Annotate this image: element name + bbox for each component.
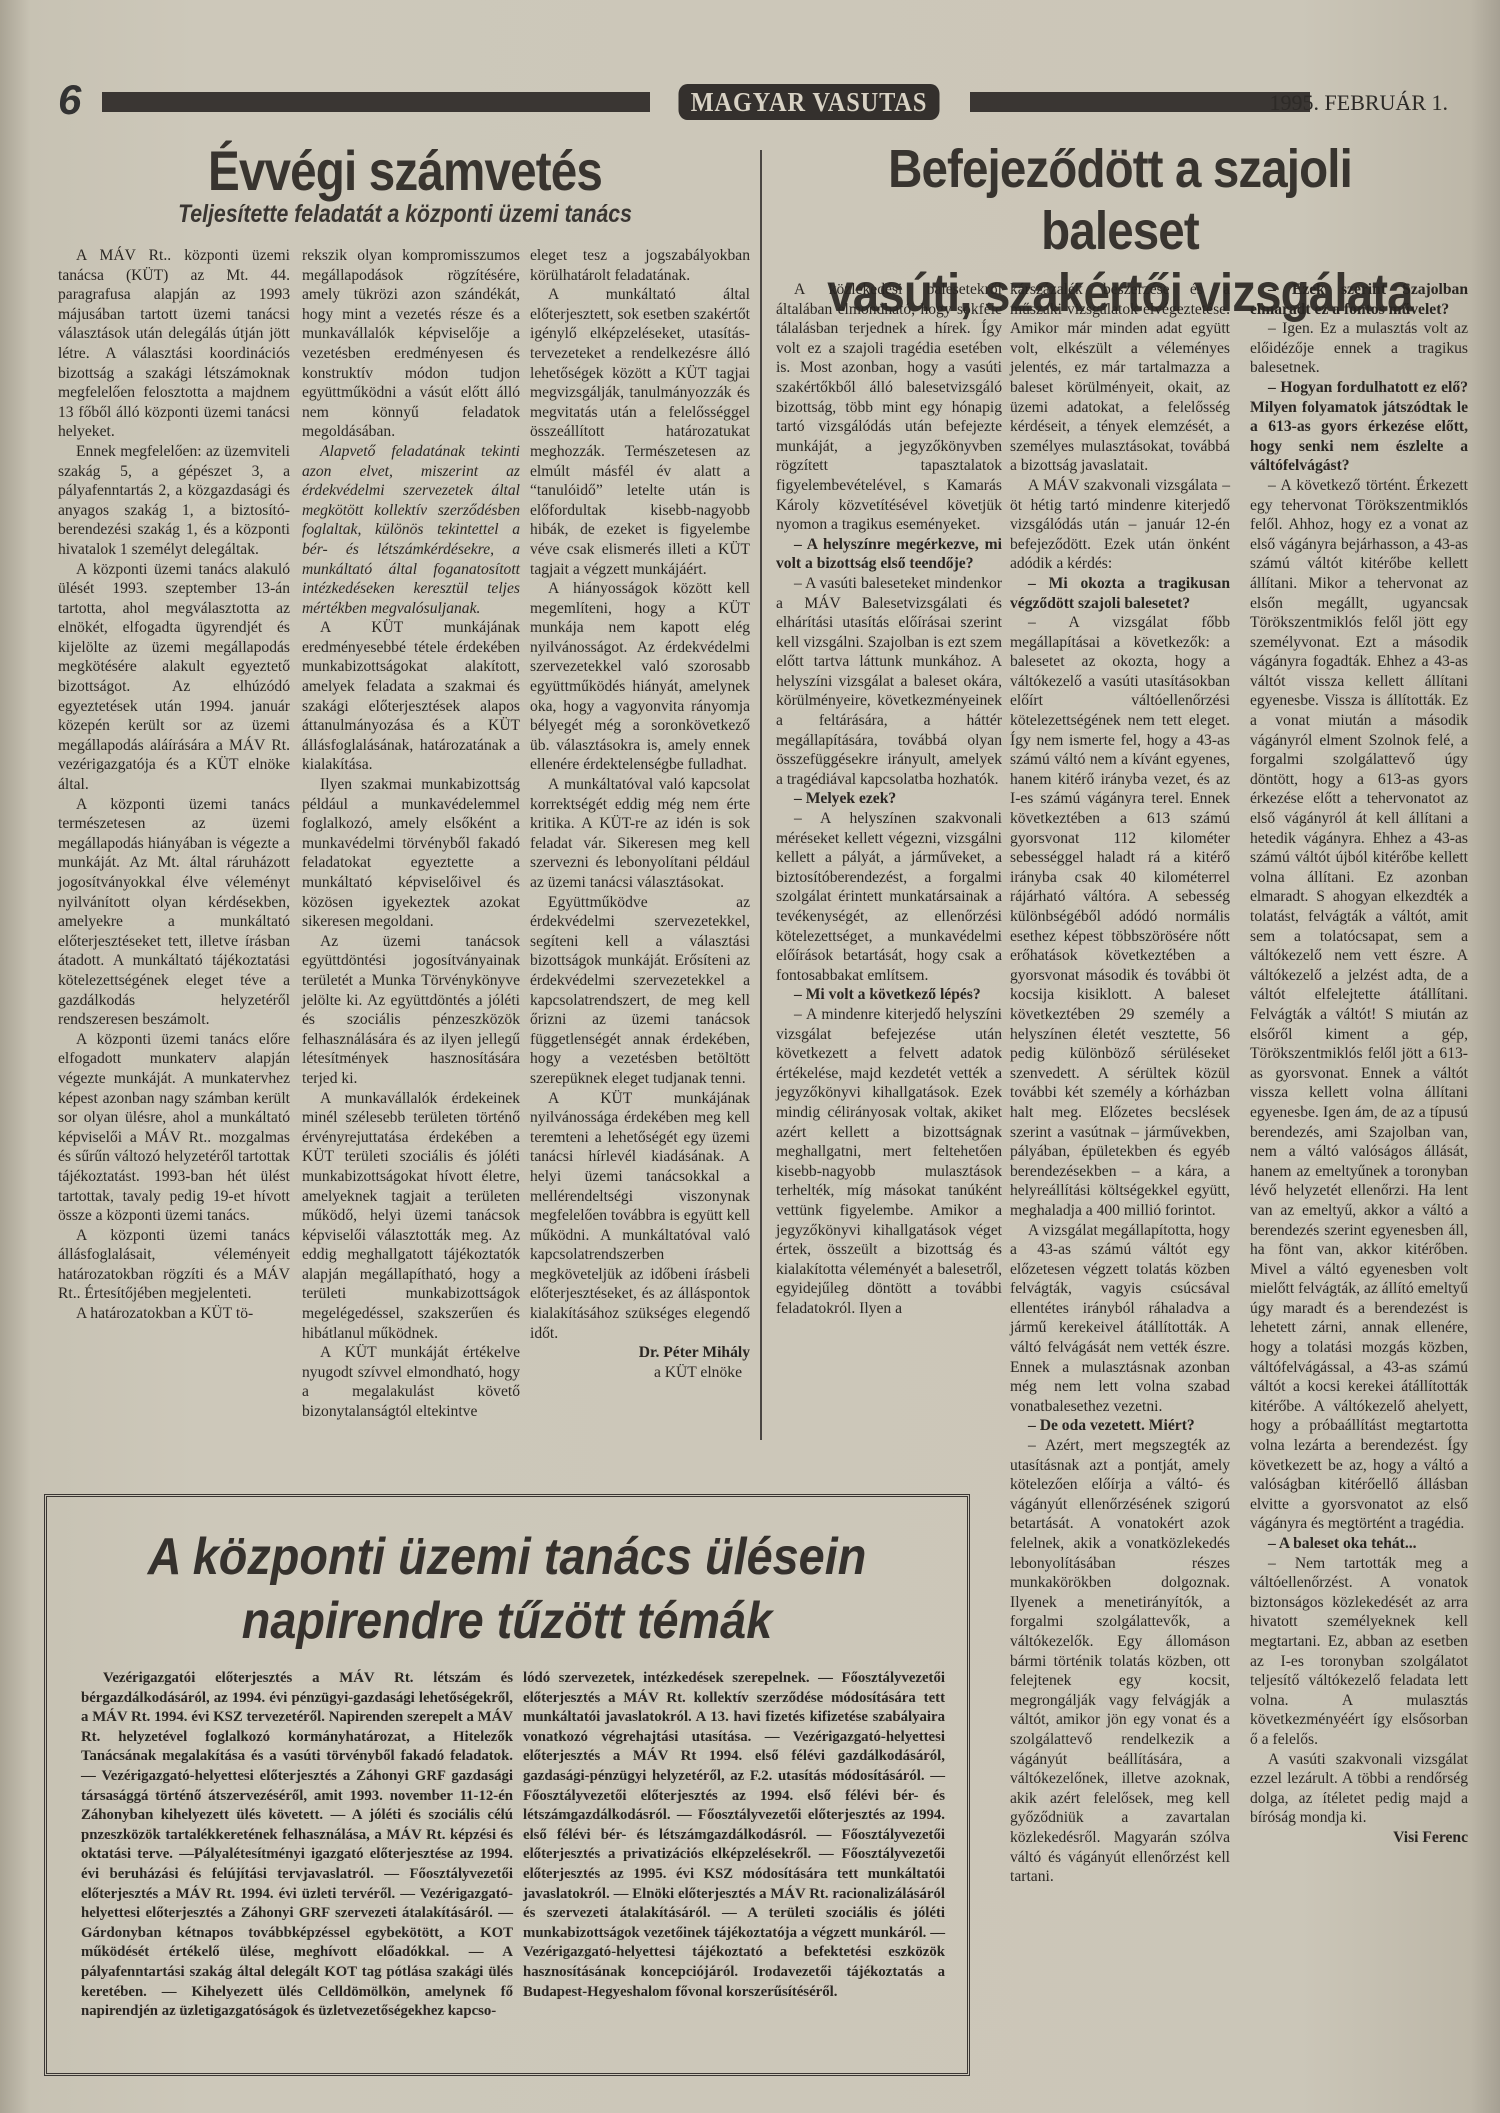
paragraph: rekszik olyan kompromisszumos megállapod…: [302, 246, 520, 442]
issue-date: 1995. FEBRUÁR 1.: [1270, 90, 1448, 116]
left-article-column-3: eleget tesz a jogszabályokban körülhatár…: [530, 246, 750, 1382]
paragraph: A központi üzemi tanács előre elfogadott…: [58, 1030, 290, 1226]
interview-question: – Mi volt a következő lépés?: [776, 985, 1002, 1005]
left-article-headline: Évvégi számvetés: [112, 138, 699, 203]
page-number: 6: [58, 76, 81, 124]
masthead: 6 MAGYAR VASUTAS 1995. FEBRUÁR 1.: [58, 84, 1448, 124]
interview-question: – De oda vezetett. Miért?: [1010, 1416, 1230, 1436]
paragraph: A KÜT munkáját értékelve nyugodt szívvel…: [302, 1343, 520, 1421]
interview-question: – Hogyan fordulhatott ez elő? Milyen fol…: [1250, 378, 1468, 476]
paragraph: Ilyen szakmai munkabizottság például a m…: [302, 775, 520, 932]
paragraph: – A vasúti baleseteket mindenkor a MÁV B…: [776, 574, 1002, 790]
interview-question: – Ezek szerint Szajolban elmaradt ez a f…: [1250, 280, 1468, 319]
paragraph: – Nem tartották meg a váltóellenőrzést. …: [1250, 1554, 1468, 1750]
paragraph: – Azért, mert megszegték az utasításnak …: [1010, 1436, 1230, 1887]
box-headline: A központi üzemi tanács ülésein napirend…: [93, 1525, 921, 1653]
paragraph: A KÜT munkájának nyilvánossága érdekében…: [530, 1089, 750, 1344]
paragraph: A munkáltatóval való kapcsolat korrektsé…: [530, 775, 750, 893]
paragraph: Ennek megfelelően: az üzemviteli szakág …: [58, 442, 290, 560]
agenda-topics-box: A központi üzemi tanács ülésein napirend…: [44, 1494, 970, 2076]
left-article-column-1: A MÁV Rt.. központi üzemi tanácsa (KÜT) …: [58, 246, 290, 1324]
interview-question: – Melyek ezek?: [776, 789, 1002, 809]
box-headline-line-1: A központi üzemi tanács ülésein: [148, 1528, 867, 1586]
right-article-column-2: kárszázalék beszerzése és a műszaki vizs…: [1010, 280, 1230, 1887]
paragraph: A vizsgálat megállapította, hogy a 43-as…: [1010, 1221, 1230, 1417]
paragraph: Az üzemi tanácsok együttdöntési jogosítv…: [302, 932, 520, 1089]
masthead-bar-right: [970, 92, 1310, 112]
paragraph: – A helyszínen szakvonali méréseket kell…: [776, 809, 1002, 985]
paragraph: A vasúti szakvonali vizsgálat ezzel lezá…: [1250, 1750, 1468, 1828]
interview-question: – Mi okozta a tragikusan végződött szajo…: [1010, 574, 1230, 613]
interview-question: – A baleset oka tehát...: [1250, 1534, 1468, 1554]
paragraph: – Igen. Ez a mulasztás volt az előidézőj…: [1250, 319, 1468, 378]
paragraph: A közlekedési balesetekről általában elm…: [776, 280, 1002, 535]
paragraph: eleget tesz a jogszabályokban körülhatár…: [530, 246, 750, 285]
paragraph: – A vizsgálat főbb megállapításai a köve…: [1010, 613, 1230, 1220]
paragraph: A MÁV szakvonali vizsgálata – öt hétig t…: [1010, 476, 1230, 574]
paragraph: A határozatokban a KÜT tö-: [58, 1304, 290, 1324]
author-name: Dr. Péter Mihály: [530, 1343, 750, 1363]
interview-question: – A helyszínre megérkezve, mi volt a biz…: [776, 535, 1002, 574]
paragraph: A hiányosságok között kell megemlíteni, …: [530, 579, 750, 775]
paragraph: A munkáltató által előterjesztett, sok e…: [530, 285, 750, 579]
left-article-column-2: rekszik olyan kompromisszumos megállapod…: [302, 246, 520, 1422]
box-column-2: lódó szervezetek, intézkedések szerepeln…: [523, 1669, 945, 2002]
paragraph: A MÁV Rt.. központi üzemi tanácsa (KÜT) …: [58, 246, 290, 442]
column-divider: [760, 150, 762, 1440]
left-article-subheadline: Teljesítette feladatát a központi üzemi …: [112, 200, 699, 229]
box-paragraph: lódó szervezetek, intézkedések szerepeln…: [523, 1669, 945, 2002]
box-column-1: Vezérigazgatói előterjesztés a MÁV Rt. l…: [81, 1669, 513, 2022]
publication-logo: MAGYAR VASUTAS: [679, 84, 940, 120]
newspaper-page: 6 MAGYAR VASUTAS 1995. FEBRUÁR 1. Évvégi…: [0, 0, 1500, 2113]
author-name: Visi Ferenc: [1250, 1828, 1468, 1848]
paragraph-italic: Alapvető feladatának tekinti azon elvet,…: [302, 442, 520, 618]
masthead-bar-left: [102, 92, 650, 112]
paragraph: A központi üzemi tanács állásfoglalásait…: [58, 1226, 290, 1304]
right-article-column-1: A közlekedési balesetekről általában elm…: [776, 280, 1002, 1318]
right-article-column-3: – Ezek szerint Szajolban elmaradt ez a f…: [1250, 280, 1468, 1848]
paragraph: – A következő történt. Érkezett egy tehe…: [1250, 476, 1468, 1534]
paragraph: – A mindenre kiterjedő helyszíni vizsgál…: [776, 1005, 1002, 1319]
paragraph: A központi üzemi tanács alakuló ülését 1…: [58, 560, 290, 795]
paragraph: kárszázalék beszerzése és a műszaki vizs…: [1010, 280, 1230, 476]
author-title: a KÜT elnöke: [530, 1363, 750, 1383]
paragraph: A KÜT munkájának eredményesebbé tétele é…: [302, 618, 520, 775]
paragraph: A munkavállalók érdekeinek minél szélese…: [302, 1089, 520, 1344]
headline-line-1: Befejeződött a szajoli baleset: [888, 139, 1352, 261]
box-paragraph: Vezérigazgatói előterjesztés a MÁV Rt. l…: [81, 1669, 513, 2022]
paragraph: A központi üzemi tanács természetesen az…: [58, 795, 290, 1030]
paragraph: Együttműködve az érdekvédelmi szervezete…: [530, 893, 750, 1089]
box-headline-line-2: napirendre tűzött témák: [242, 1592, 772, 1650]
